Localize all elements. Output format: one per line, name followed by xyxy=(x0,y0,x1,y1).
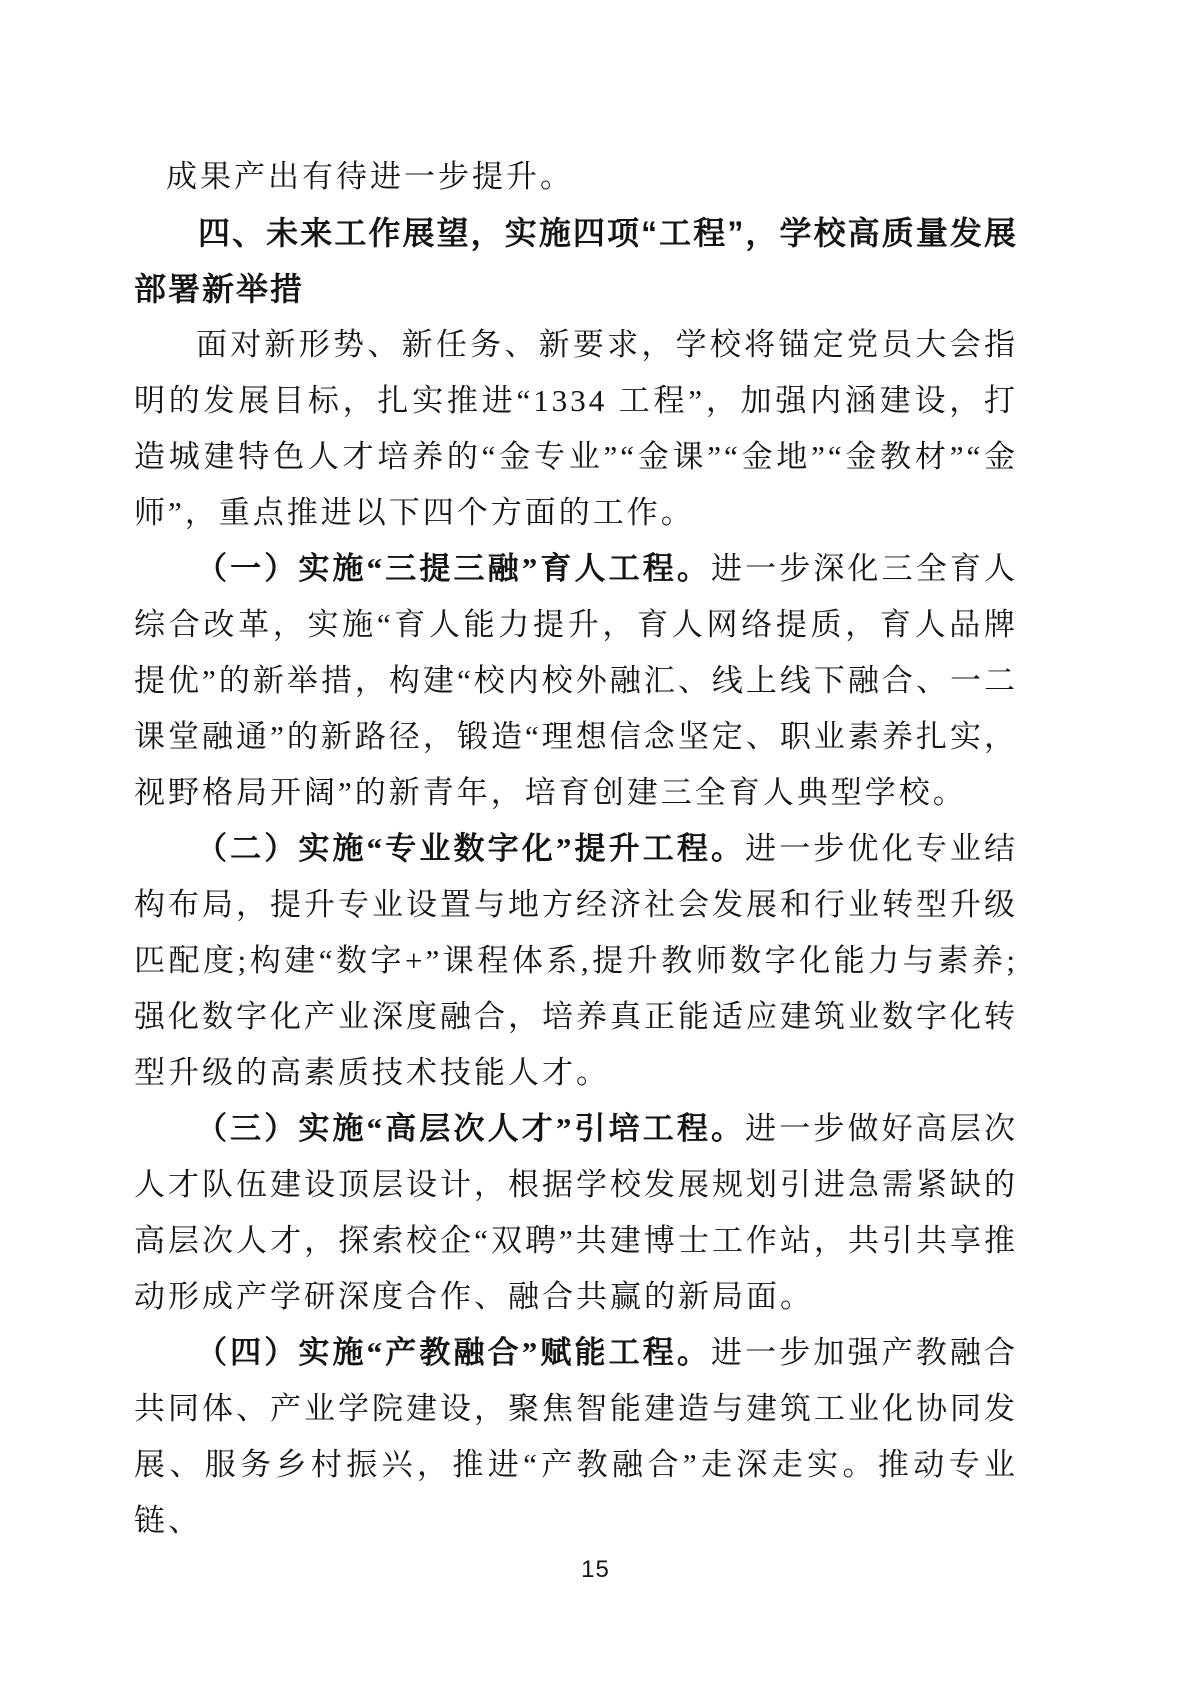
paragraph-item-3: （三）实施“高层次人才”引培工程。进一步做好高层次人才队伍建设顶层设计，根据学校… xyxy=(134,1101,1018,1325)
paragraph-item-4-lead: （四）实施“产教融合”赋能工程。 xyxy=(196,1335,711,1370)
paragraph-intro: 面对新形势、新任务、新要求，学校将锚定党员大会指明的发展目标，扎实推进“1334… xyxy=(134,317,1018,541)
paragraph-item-2-lead: （二）实施“专业数字化”提升工程。 xyxy=(196,831,745,866)
paragraph-item-1-text: 进一步深化三全育人综合改革，实施“育人能力提升，育人网络提质，育人品牌提优”的新… xyxy=(134,551,1018,810)
paragraph-continuation: 成果产出有待进一步提升。 xyxy=(134,149,1018,205)
section-heading: 四、未来工作展望，实施四项“工程”，学校高质量发展部署新举措 xyxy=(134,205,1018,317)
paragraph-item-1: （一）实施“三提三融”育人工程。进一步深化三全育人综合改革，实施“育人能力提升，… xyxy=(134,541,1018,821)
paragraph-item-2-text: 进一步优化专业结构布局，提升专业设置与地方经济社会发展和行业转型升级匹配度;构建… xyxy=(134,831,1018,1090)
paragraph-item-4: （四）实施“产教融合”赋能工程。进一步加强产教融合共同体、产业学院建设，聚焦智能… xyxy=(134,1325,1018,1549)
paragraph-item-3-lead: （三）实施“高层次人才”引培工程。 xyxy=(196,1111,745,1146)
page-number: 15 xyxy=(0,1556,1191,1584)
paragraph-item-1-lead: （一）实施“三提三融”育人工程。 xyxy=(196,551,711,586)
document-page: 成果产出有待进一步提升。 四、未来工作展望，实施四项“工程”，学校高质量发展部署… xyxy=(0,0,1191,1684)
document-body: 成果产出有待进一步提升。 四、未来工作展望，实施四项“工程”，学校高质量发展部署… xyxy=(134,149,1018,1549)
paragraph-item-2: （二）实施“专业数字化”提升工程。进一步优化专业结构布局，提升专业设置与地方经济… xyxy=(134,821,1018,1101)
